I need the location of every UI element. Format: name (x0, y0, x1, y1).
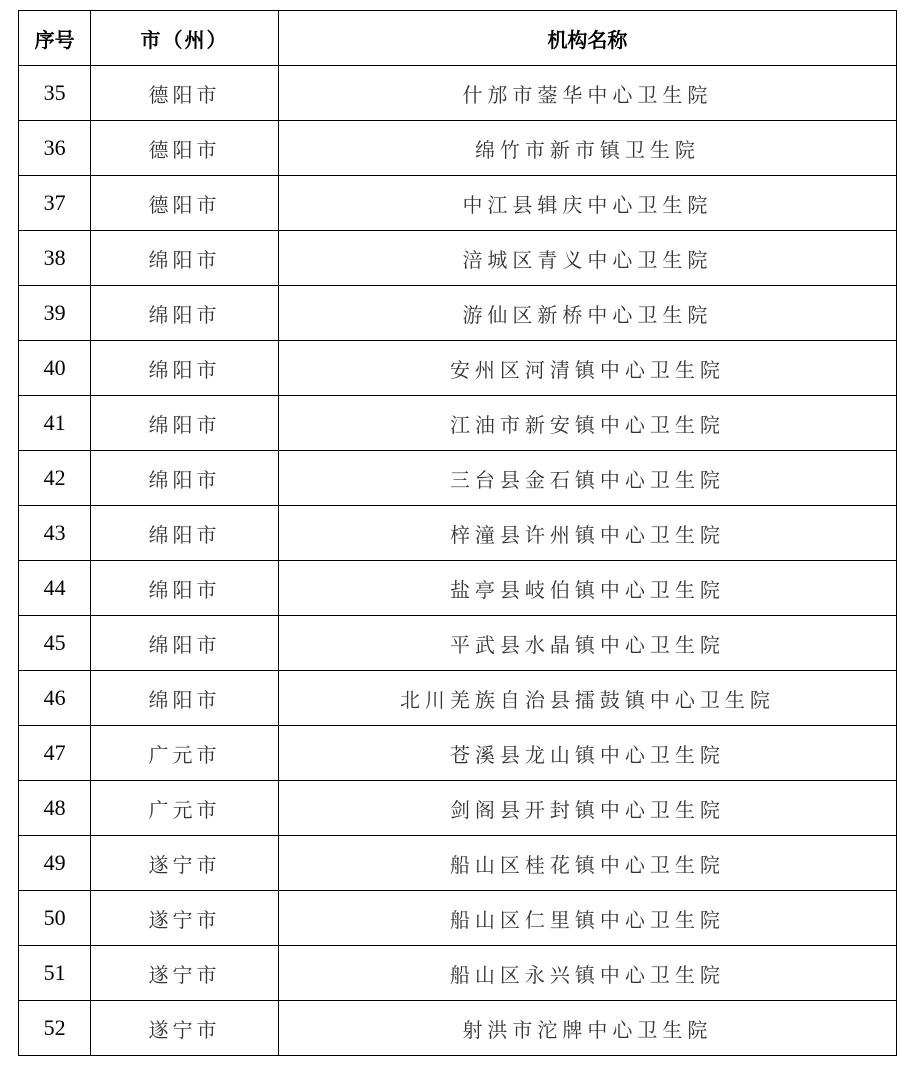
city-cell: 绵阳市 (91, 286, 279, 341)
table-row: 47广元市苍溪县龙山镇中心卫生院 (19, 726, 897, 781)
institution-name-cell: 船山区桂花镇中心卫生院 (278, 836, 896, 891)
table-row: 36德阳市绵竹市新市镇卫生院 (19, 121, 897, 176)
institution-name-cell: 射洪市沱牌中心卫生院 (278, 1001, 896, 1056)
institution-name-cell: 游仙区新桥中心卫生院 (278, 286, 896, 341)
table-row: 45绵阳市平武县水晶镇中心卫生院 (19, 616, 897, 671)
serial-number-cell: 46 (19, 671, 91, 726)
institution-name-cell: 苍溪县龙山镇中心卫生院 (278, 726, 896, 781)
serial-number-cell: 47 (19, 726, 91, 781)
institution-name-cell: 平武县水晶镇中心卫生院 (278, 616, 896, 671)
serial-number-cell: 36 (19, 121, 91, 176)
header-city-prefecture: 市（州） (91, 11, 279, 66)
table-row: 38绵阳市涪城区青义中心卫生院 (19, 231, 897, 286)
serial-number-cell: 44 (19, 561, 91, 616)
table-row: 35德阳市什邡市蓥华中心卫生院 (19, 66, 897, 121)
city-cell: 遂宁市 (91, 891, 279, 946)
table-row: 37德阳市中江县辑庆中心卫生院 (19, 176, 897, 231)
city-cell: 德阳市 (91, 176, 279, 231)
city-cell: 德阳市 (91, 121, 279, 176)
table-row: 43绵阳市梓潼县许州镇中心卫生院 (19, 506, 897, 561)
serial-number-cell: 42 (19, 451, 91, 506)
serial-number-cell: 38 (19, 231, 91, 286)
serial-number-cell: 51 (19, 946, 91, 1001)
city-cell: 绵阳市 (91, 341, 279, 396)
header-institution-name: 机构名称 (278, 11, 896, 66)
serial-number-cell: 48 (19, 781, 91, 836)
serial-number-cell: 35 (19, 66, 91, 121)
city-cell: 绵阳市 (91, 671, 279, 726)
institution-name-cell: 三台县金石镇中心卫生院 (278, 451, 896, 506)
city-cell: 遂宁市 (91, 836, 279, 891)
serial-number-cell: 41 (19, 396, 91, 451)
city-cell: 绵阳市 (91, 506, 279, 561)
table-row: 49遂宁市船山区桂花镇中心卫生院 (19, 836, 897, 891)
table-row: 40绵阳市安州区河清镇中心卫生院 (19, 341, 897, 396)
institution-name-cell: 梓潼县许州镇中心卫生院 (278, 506, 896, 561)
table-row: 48广元市剑阁县开封镇中心卫生院 (19, 781, 897, 836)
city-cell: 绵阳市 (91, 616, 279, 671)
serial-number-cell: 39 (19, 286, 91, 341)
institution-name-cell: 中江县辑庆中心卫生院 (278, 176, 896, 231)
table-row: 50遂宁市船山区仁里镇中心卫生院 (19, 891, 897, 946)
table-header-row: 序号 市（州） 机构名称 (19, 11, 897, 66)
table-body: 35德阳市什邡市蓥华中心卫生院36德阳市绵竹市新市镇卫生院37德阳市中江县辑庆中… (19, 66, 897, 1056)
institution-name-cell: 什邡市蓥华中心卫生院 (278, 66, 896, 121)
city-cell: 绵阳市 (91, 451, 279, 506)
institution-name-cell: 绵竹市新市镇卫生院 (278, 121, 896, 176)
serial-number-cell: 52 (19, 1001, 91, 1056)
serial-number-cell: 40 (19, 341, 91, 396)
city-cell: 绵阳市 (91, 396, 279, 451)
institution-table: 序号 市（州） 机构名称 35德阳市什邡市蓥华中心卫生院36德阳市绵竹市新市镇卫… (18, 10, 897, 1056)
institution-name-cell: 北川羌族自治县擂鼓镇中心卫生院 (278, 671, 896, 726)
city-cell: 广元市 (91, 781, 279, 836)
city-cell: 广元市 (91, 726, 279, 781)
serial-number-cell: 49 (19, 836, 91, 891)
institution-name-cell: 盐亭县岐伯镇中心卫生院 (278, 561, 896, 616)
table-row: 41绵阳市江油市新安镇中心卫生院 (19, 396, 897, 451)
serial-number-cell: 43 (19, 506, 91, 561)
institution-name-cell: 安州区河清镇中心卫生院 (278, 341, 896, 396)
table-row: 52遂宁市射洪市沱牌中心卫生院 (19, 1001, 897, 1056)
table-row: 42绵阳市三台县金石镇中心卫生院 (19, 451, 897, 506)
table-row: 46绵阳市北川羌族自治县擂鼓镇中心卫生院 (19, 671, 897, 726)
header-serial-number: 序号 (19, 11, 91, 66)
city-cell: 绵阳市 (91, 561, 279, 616)
institution-name-cell: 涪城区青义中心卫生院 (278, 231, 896, 286)
table-row: 51遂宁市船山区永兴镇中心卫生院 (19, 946, 897, 1001)
institution-name-cell: 船山区永兴镇中心卫生院 (278, 946, 896, 1001)
city-cell: 德阳市 (91, 66, 279, 121)
institution-name-cell: 剑阁县开封镇中心卫生院 (278, 781, 896, 836)
city-cell: 遂宁市 (91, 946, 279, 1001)
institution-name-cell: 江油市新安镇中心卫生院 (278, 396, 896, 451)
serial-number-cell: 45 (19, 616, 91, 671)
city-cell: 绵阳市 (91, 231, 279, 286)
serial-number-cell: 50 (19, 891, 91, 946)
table-row: 44绵阳市盐亭县岐伯镇中心卫生院 (19, 561, 897, 616)
city-cell: 遂宁市 (91, 1001, 279, 1056)
table-row: 39绵阳市游仙区新桥中心卫生院 (19, 286, 897, 341)
serial-number-cell: 37 (19, 176, 91, 231)
institution-name-cell: 船山区仁里镇中心卫生院 (278, 891, 896, 946)
